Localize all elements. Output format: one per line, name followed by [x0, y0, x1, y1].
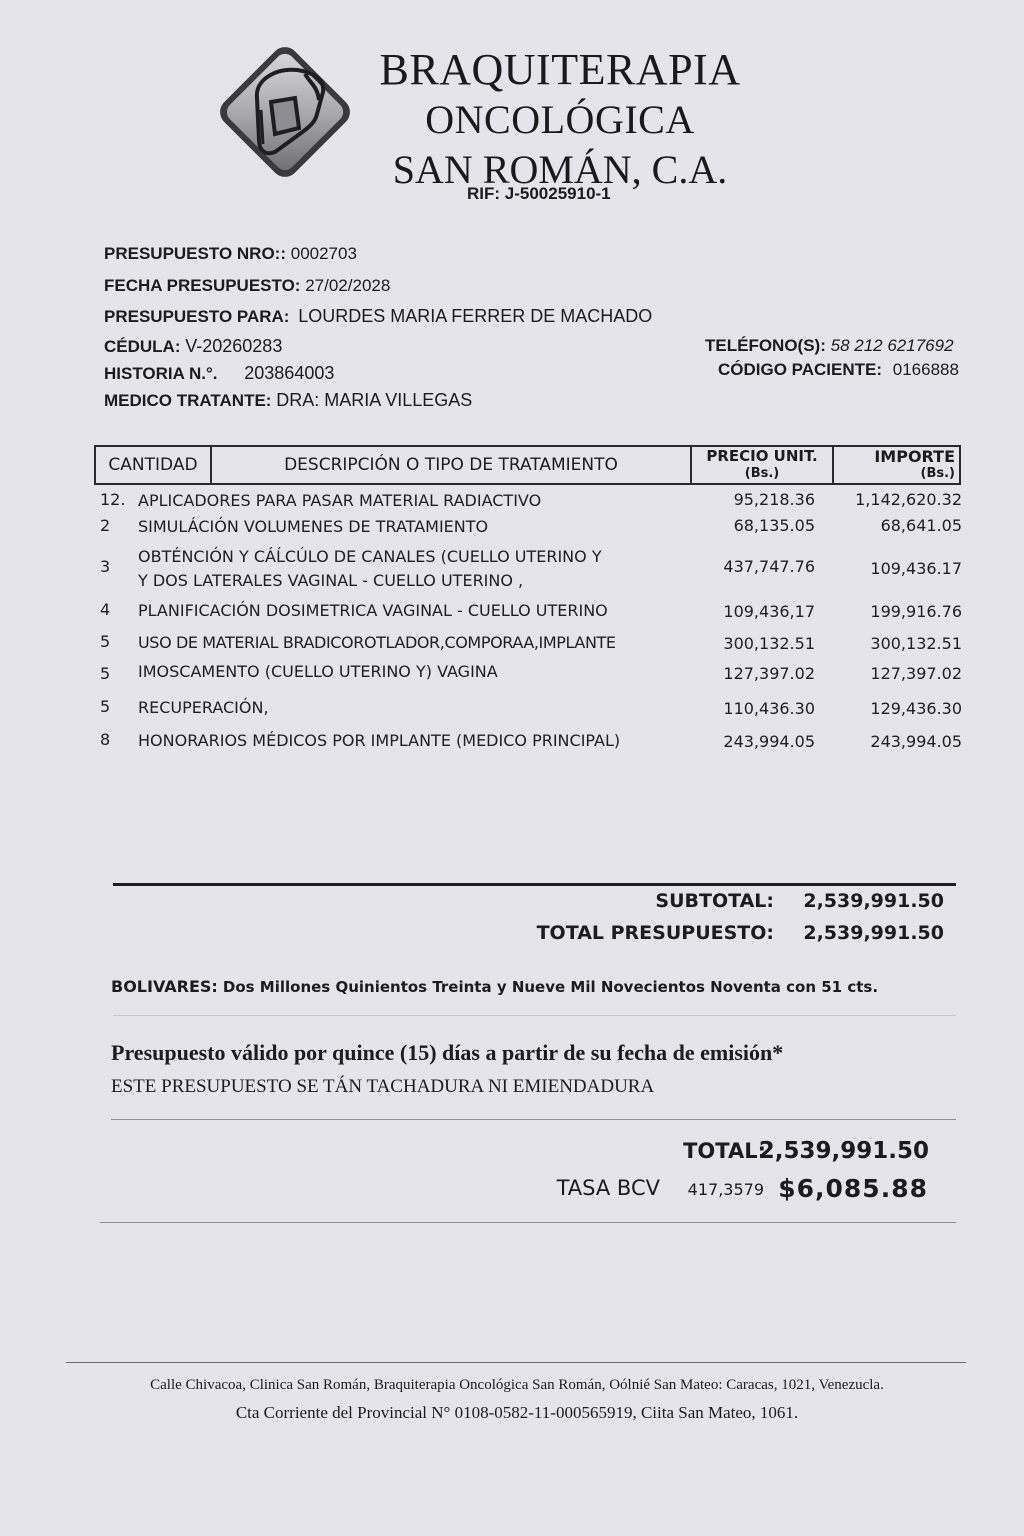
- budget-number: PRESUPUESTO NRO:: 0002703: [104, 244, 357, 264]
- exchange-rate-value: 417,3579: [688, 1180, 764, 1199]
- amount-in-words-label: BOLIVARES:: [111, 977, 218, 996]
- row-amount: 1,142,620.32: [855, 490, 962, 509]
- budget-number-label: PRESUPUESTO NRO::: [104, 244, 286, 263]
- row-quantity: 5: [100, 664, 130, 683]
- company-name: BRAQUITERAPIA ONCOLÓGICA SAN ROMÁN, C.A.: [360, 48, 760, 192]
- company-logo: [205, 40, 365, 190]
- row-amount: 129,436.30: [870, 699, 962, 718]
- total-value: 2,539,991.50: [759, 1138, 929, 1164]
- subtotal-label: SUBTOTAL:: [655, 890, 774, 912]
- footer-divider: [66, 1362, 966, 1363]
- row-unit-price: 127,397.02: [723, 664, 815, 683]
- treating-doctor: MEDICO TRATANTE: DRA: MARIA VILLEGAS: [104, 390, 472, 411]
- treating-doctor-label: MEDICO TRATANTE:: [104, 391, 271, 410]
- header-unit-price: PRECIO UNIT. (Bs.): [692, 447, 834, 483]
- header-amount-label: IMPORTE: [874, 448, 955, 465]
- patient-code: CÓDIGO PACIENTE: 0166888: [718, 360, 959, 380]
- usd-total-value: $6,085.88: [778, 1174, 928, 1203]
- amendment-notice: ESTE PRESUPUESTO SE TÁN TACHADURA NI EMI…: [111, 1076, 654, 1098]
- row-description-line2: Y DOS LATERALES VAGINAL - CUELLO UTERINO…: [138, 570, 698, 592]
- phone: TELÉFONO(S): 58 212 6217692: [705, 336, 954, 356]
- validity-notice: Presupuesto válido por quince (15) días …: [111, 1040, 783, 1066]
- history-number: HISTORIA N.°. 203864003: [104, 363, 334, 384]
- row-unit-price: 300,132.51: [723, 634, 815, 653]
- header-unit-price-label: PRECIO UNIT.: [706, 448, 817, 465]
- total-budget-label: TOTAL PRESUPUESTO:: [537, 922, 774, 944]
- header-quantity: CANTIDAD: [96, 447, 212, 483]
- row-unit-price: 437,747.76: [723, 557, 815, 576]
- row-quantity: 3: [100, 557, 130, 576]
- header-description: DESCRIPCIÓN O TIPO DE TRATAMIENTO: [212, 447, 692, 483]
- budget-for-value: LOURDES MARIA FERRER DE MACHADO: [298, 306, 652, 326]
- row-amount: 127,397.02: [870, 664, 962, 683]
- header-unit-price-unit: (Bs.): [745, 465, 779, 482]
- row-description: OBTÉNCIÓN Y CÁĹCÚLO DE CANALES (CUELLO U…: [138, 546, 698, 568]
- subtotal-value: 2,539,991.50: [803, 890, 944, 912]
- header-amount-unit: (Bs.): [921, 465, 955, 482]
- row-quantity: 2: [100, 516, 130, 535]
- totals-divider: [113, 883, 956, 886]
- footer-address: Calle Chivacoa, Clinica San Román, Braqu…: [64, 1377, 970, 1394]
- row-amount: 243,994.05: [870, 732, 962, 751]
- budget-for-label: PRESUPUESTO PARA:: [104, 307, 289, 326]
- treating-doctor-value: DRA: MARIA VILLEGAS: [276, 390, 472, 410]
- exchange-rate-label: TASA BCV: [557, 1176, 660, 1200]
- row-quantity: 5: [100, 632, 130, 651]
- company-name-line1: BRAQUITERAPIA: [360, 48, 760, 92]
- phone-value: 58 212 6217692: [831, 336, 954, 355]
- row-quantity: 4: [100, 600, 130, 619]
- patient-code-label: CÓDIGO PACIENTE:: [718, 360, 882, 379]
- footer-bank-account: Cta Corriente del Provincial N° 0108-058…: [64, 1403, 970, 1423]
- row-description: PLANIFICACIÓN DOSIMETRICA VAGINAL - CUEL…: [138, 600, 698, 622]
- history-number-label: HISTORIA N.°.: [104, 364, 218, 383]
- row-description: IMOSCAMENTO (CUELLO UTERINO Y) VAGINA: [138, 661, 698, 683]
- budget-date: FECHA PRESUPUESTO: 27/02/2028: [104, 276, 390, 296]
- header-amount: IMPORTE (Bs.): [834, 447, 959, 483]
- company-name-line2: ONCOLÓGICA: [360, 98, 760, 142]
- total-budget-value: 2,539,991.50: [803, 922, 944, 944]
- budget-date-value: 27/02/2028: [305, 276, 390, 295]
- patient-id: CÉDULA: V-20260283: [104, 336, 282, 357]
- total-label: TOTAL:: [683, 1139, 766, 1163]
- row-description: RECUPERACIÓN,: [138, 697, 698, 719]
- row-description: SIMULÁCIÓN VOLUMENES DE TRATAMIENTO: [138, 516, 698, 538]
- row-unit-price: 110,436.30: [723, 699, 815, 718]
- table-header: CANTIDAD DESCRIPCIÓN O TIPO DE TRATAMIEN…: [94, 445, 961, 485]
- patient-id-label: CÉDULA:: [104, 337, 181, 356]
- patient-id-value: V-20260283: [185, 336, 282, 356]
- row-quantity: 5: [100, 697, 130, 716]
- budget-number-value: 0002703: [291, 244, 357, 263]
- row-unit-price: 109,436,17: [723, 602, 815, 621]
- row-unit-price: 95,218.36: [734, 490, 815, 509]
- divider: [100, 1222, 956, 1223]
- history-number-value: 203864003: [244, 363, 334, 383]
- company-rif: RIF: J-50025910-1: [467, 184, 611, 204]
- row-amount: 109,436.17: [870, 559, 962, 578]
- amount-in-words-text: Dos Millones Quinientos Treinta y Nueve …: [223, 978, 878, 996]
- amount-in-words: BOLIVARES: Dos Millones Quinientos Trein…: [111, 977, 878, 996]
- row-unit-price: 243,994.05: [723, 732, 815, 751]
- row-quantity: 8: [100, 730, 130, 749]
- row-unit-price: 68,135.05: [734, 516, 815, 535]
- row-description: APLICADORES PARA PASAR MATERIAL RADIACTI…: [138, 490, 698, 512]
- medical-device-logo-icon: [205, 40, 365, 190]
- row-amount: 199,916.76: [870, 602, 962, 621]
- row-description: USO DE MATERIAL BRADICOROTLADOR,COMPORAA…: [138, 632, 698, 654]
- divider: [111, 1119, 956, 1120]
- row-amount: 68,641.05: [881, 516, 962, 535]
- row-quantity: 12.: [100, 490, 130, 509]
- row-description: HONORARIOS MÉDICOS POR IMPLANTE (MEDICO …: [138, 730, 698, 752]
- divider: [113, 1015, 956, 1016]
- phone-label: TELÉFONO(S):: [705, 336, 826, 355]
- row-amount: 300,132.51: [870, 634, 962, 653]
- patient-code-value: 0166888: [893, 360, 959, 379]
- budget-date-label: FECHA PRESUPUESTO:: [104, 276, 300, 295]
- budget-for: PRESUPUESTO PARA: LOURDES MARIA FERRER D…: [104, 306, 652, 327]
